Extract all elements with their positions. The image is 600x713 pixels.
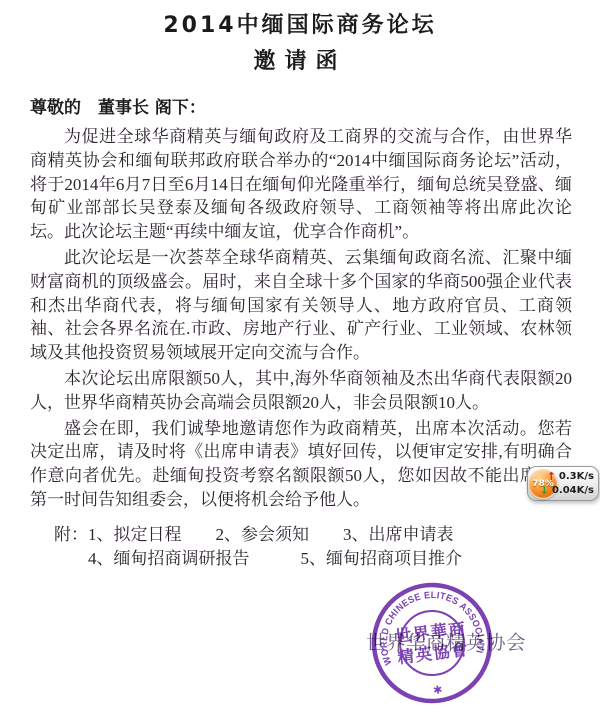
association-seal: WORLD CHINESE ELITES ASSOCIATION ✱ 世界華商 …	[362, 573, 502, 713]
paragraph-4: 盛会在即，我们诚挚地邀请您作为政商精英，出席本次活动。您若决定出席，请及时将《出…	[30, 417, 572, 512]
upload-arrow-icon: ↑	[547, 471, 556, 482]
network-speed-rows: ↑ 0.3K/s ↓ 0.04K/s	[558, 468, 594, 499]
attachments-list: 附：1、拟定日程 2、参会须知 3、出席申请表 4、缅甸招商调研报告 5、缅甸招…	[54, 523, 572, 571]
network-speed-widget[interactable]: 78% ↑ 0.3K/s ↓ 0.04K/s	[527, 466, 599, 501]
upload-speed-row: ↑ 0.3K/s	[558, 471, 594, 482]
document-title: 2014中缅国际商务论坛	[0, 8, 600, 39]
document-subtitle: 邀请函	[0, 44, 600, 75]
attachments-line-1: 附：1、拟定日程 2、参会须知 3、出席申请表	[54, 523, 572, 547]
seal-star-icon: ✱	[433, 684, 444, 697]
download-speed-row: ↓ 0.04K/s	[558, 485, 594, 496]
attachments-line-2: 4、缅甸招商调研报告 5、缅甸招商项目推介	[54, 547, 572, 571]
download-arrow-icon: ↓	[540, 485, 549, 496]
upload-speed-value: 0.3K/s	[559, 472, 594, 482]
invitation-document-page: 2014中缅国际商务论坛 邀请函 尊敬的 董事长 阁下： 为促进全球华商精英与缅…	[0, 0, 600, 713]
paragraph-2: 此次论坛是一次荟萃全球华商精英、云集缅甸政商名流、汇聚中缅财富商机的顶级盛会。届…	[30, 246, 572, 365]
paragraph-3: 本次论坛出席限额50人，其中,海外华商领袖及杰出华商代表限额20人，世界华商精英…	[30, 367, 572, 415]
download-speed-value: 0.04K/s	[552, 486, 594, 496]
salutation: 尊敬的 董事长 阁下：	[30, 93, 206, 118]
paragraph-1: 为促进全球华商精英与缅甸政府及工商界的交流与合作，由世界华商精英协会和缅甸联邦政…	[30, 125, 572, 244]
letter-body: 为促进全球华商精英与缅甸政府及工商界的交流与合作，由世界华商精英协会和缅甸联邦政…	[30, 125, 572, 570]
